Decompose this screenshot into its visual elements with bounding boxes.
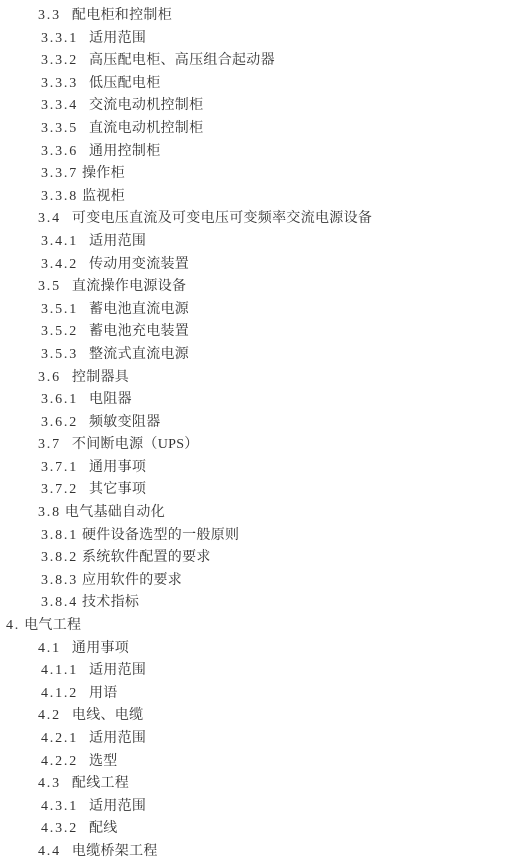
toc-item-number: 3.5.3 <box>41 344 78 367</box>
toc-item: 3.5直流操作电源设备 <box>0 276 527 299</box>
document-page: 3.3配电柜和控制柜3.3.1适用范围3.3.2高压配电柜、高压组合起动器3.3… <box>0 0 527 861</box>
toc-item-number: 3.8 <box>38 502 61 525</box>
toc-item: 3.3.1适用范围 <box>0 28 527 51</box>
toc-item-title: 通用控制柜 <box>89 144 161 159</box>
toc-item-title: 整流式直流电源 <box>89 347 189 362</box>
toc-item: 4.3配线工程 <box>0 773 527 796</box>
toc-item-number: 3.3.6 <box>41 141 78 164</box>
toc-item-number: 4.1.2 <box>41 683 78 706</box>
toc-item-number: 4. <box>6 615 20 638</box>
toc-item: 3.5.1蓄电池直流电源 <box>0 299 527 322</box>
toc-item-number: 3.3.8 <box>41 186 78 209</box>
toc-item: 3.5.2蓄电池充电装置 <box>0 321 527 344</box>
toc-item-title: 通用事项 <box>72 641 129 656</box>
toc-item: 3.3.6通用控制柜 <box>0 141 527 164</box>
toc-item: 3.4.2传动用变流装置 <box>0 254 527 277</box>
toc-item-number: 3.5.2 <box>41 321 78 344</box>
toc-item-number: 3.8.4 <box>41 592 78 615</box>
toc-item-number: 3.3 <box>38 5 61 28</box>
toc-item: 4.1.2用语 <box>0 683 527 706</box>
toc-item-title: 其它事项 <box>89 482 146 497</box>
toc-item: 4.2.1适用范围 <box>0 728 527 751</box>
toc-item-title: 高压配电柜、高压组合起动器 <box>89 53 275 68</box>
toc-item-title: 适用范围 <box>89 234 146 249</box>
toc-item-title: 交流电动机控制柜 <box>89 98 203 113</box>
toc-item-number: 3.4 <box>38 208 61 231</box>
toc-item: 4.3.2配线 <box>0 818 527 841</box>
toc-item-title: 电阻器 <box>89 392 132 407</box>
toc-item: 4.1通用事项 <box>0 638 527 661</box>
toc-item-title: 频敏变阻器 <box>89 415 161 430</box>
toc-item-title: 电缆桥架工程 <box>72 844 158 859</box>
toc-item-number: 3.6.1 <box>41 389 78 412</box>
toc-item-number: 3.3.7 <box>41 163 78 186</box>
toc-item-title: 硬件设备选型的一般原则 <box>82 528 239 543</box>
toc-item-number: 4.1.1 <box>41 660 78 683</box>
toc-item-title: 直流电动机控制柜 <box>89 121 203 136</box>
toc-item: 3.3.3低压配电柜 <box>0 73 527 96</box>
toc-item: 3.7不间断电源（UPS） <box>0 434 527 457</box>
toc-item: 3.8电气基础自动化 <box>0 502 527 525</box>
toc-item-number: 4.2.1 <box>41 728 78 751</box>
toc-item: 4.1.1适用范围 <box>0 660 527 683</box>
toc-item-title: 电气工程 <box>24 618 81 633</box>
toc-item: 3.6控制器具 <box>0 367 527 390</box>
toc-item: 3.3.7操作柜 <box>0 163 527 186</box>
toc-item-number: 4.3 <box>38 773 61 796</box>
toc-item-title: 用语 <box>89 686 118 701</box>
toc-item-number: 4.3.2 <box>41 818 78 841</box>
toc-item: 3.4可变电压直流及可变电压可变频率交流电源设备 <box>0 208 527 231</box>
toc-item-number: 3.7 <box>38 434 61 457</box>
toc-item: 3.5.3整流式直流电源 <box>0 344 527 367</box>
toc-item: 3.7.2其它事项 <box>0 479 527 502</box>
toc-item-title: 蓄电池充电装置 <box>89 324 189 339</box>
toc-item-number: 3.3.4 <box>41 95 78 118</box>
toc-item-number: 3.3.5 <box>41 118 78 141</box>
toc-item: 3.3.2高压配电柜、高压组合起动器 <box>0 50 527 73</box>
toc-item-number: 4.3.1 <box>41 796 78 819</box>
toc-item-title: 应用软件的要求 <box>82 573 182 588</box>
toc-item-title: 配线 <box>89 821 118 836</box>
toc-item-number: 3.3.2 <box>41 50 78 73</box>
toc-item-number: 4.4 <box>38 841 61 861</box>
toc-item-number: 3.3.3 <box>41 73 78 96</box>
toc-item-title: 通用事项 <box>89 460 146 475</box>
toc-item-number: 3.4.1 <box>41 231 78 254</box>
toc-item-title: 电气基础自动化 <box>65 505 165 520</box>
toc-item-number: 4.2 <box>38 705 61 728</box>
toc-item-number: 3.5.1 <box>41 299 78 322</box>
toc-item: 3.8.4技术指标 <box>0 592 527 615</box>
toc-item-title: 控制器具 <box>72 370 129 385</box>
toc-item: 3.4.1适用范围 <box>0 231 527 254</box>
toc-item-title: 系统软件配置的要求 <box>82 550 211 565</box>
toc-item-number: 3.7.1 <box>41 457 78 480</box>
toc-item-title: 低压配电柜 <box>89 76 161 91</box>
toc-item: 4.2电线、电缆 <box>0 705 527 728</box>
toc-item-number: 3.5 <box>38 276 61 299</box>
toc-item-title: 可变电压直流及可变电压可变频率交流电源设备 <box>72 211 372 226</box>
toc-item: 4.电气工程 <box>0 615 527 638</box>
toc-item-number: 3.6.2 <box>41 412 78 435</box>
toc-item-title: 直流操作电源设备 <box>72 279 186 294</box>
toc-item-title: 选型 <box>89 754 118 769</box>
toc-item-title: 技术指标 <box>82 595 139 610</box>
toc-item: 4.4电缆桥架工程 <box>0 841 527 861</box>
toc-item: 3.6.1电阻器 <box>0 389 527 412</box>
toc-item-number: 4.2.2 <box>41 751 78 774</box>
toc-list: 3.3配电柜和控制柜3.3.1适用范围3.3.2高压配电柜、高压组合起动器3.3… <box>0 5 527 861</box>
toc-item-number: 3.8.1 <box>41 525 78 548</box>
toc-item-number: 4.1 <box>38 638 61 661</box>
toc-item-title: 监视柜 <box>82 189 125 204</box>
toc-item-number: 3.4.2 <box>41 254 78 277</box>
toc-item: 3.6.2频敏变阻器 <box>0 412 527 435</box>
toc-item-title: 适用范围 <box>89 31 146 46</box>
toc-item-number: 3.8.3 <box>41 570 78 593</box>
toc-item-title: 适用范围 <box>89 799 146 814</box>
toc-item-number: 3.6 <box>38 367 61 390</box>
toc-item: 3.8.3应用软件的要求 <box>0 570 527 593</box>
toc-item-number: 3.7.2 <box>41 479 78 502</box>
toc-item-title: 适用范围 <box>89 663 146 678</box>
toc-item: 3.3.5直流电动机控制柜 <box>0 118 527 141</box>
toc-item-title: 蓄电池直流电源 <box>89 302 189 317</box>
toc-item: 3.8.1硬件设备选型的一般原则 <box>0 525 527 548</box>
toc-item: 3.3.8监视柜 <box>0 186 527 209</box>
toc-item: 3.3配电柜和控制柜 <box>0 5 527 28</box>
toc-item-number: 3.8.2 <box>41 547 78 570</box>
toc-item: 4.2.2选型 <box>0 751 527 774</box>
toc-item-title: 配线工程 <box>72 776 129 791</box>
toc-item-title: 传动用变流装置 <box>89 257 189 272</box>
toc-item: 4.3.1适用范围 <box>0 796 527 819</box>
toc-item-title: 适用范围 <box>89 731 146 746</box>
toc-item: 3.8.2系统软件配置的要求 <box>0 547 527 570</box>
toc-item-number: 3.3.1 <box>41 28 78 51</box>
toc-item: 3.3.4交流电动机控制柜 <box>0 95 527 118</box>
toc-item-title: 电线、电缆 <box>72 708 144 723</box>
toc-item-title: 配电柜和控制柜 <box>72 8 172 23</box>
toc-item-title: 操作柜 <box>82 166 125 181</box>
toc-item-title: 不间断电源（UPS） <box>72 437 199 452</box>
toc-item: 3.7.1通用事项 <box>0 457 527 480</box>
